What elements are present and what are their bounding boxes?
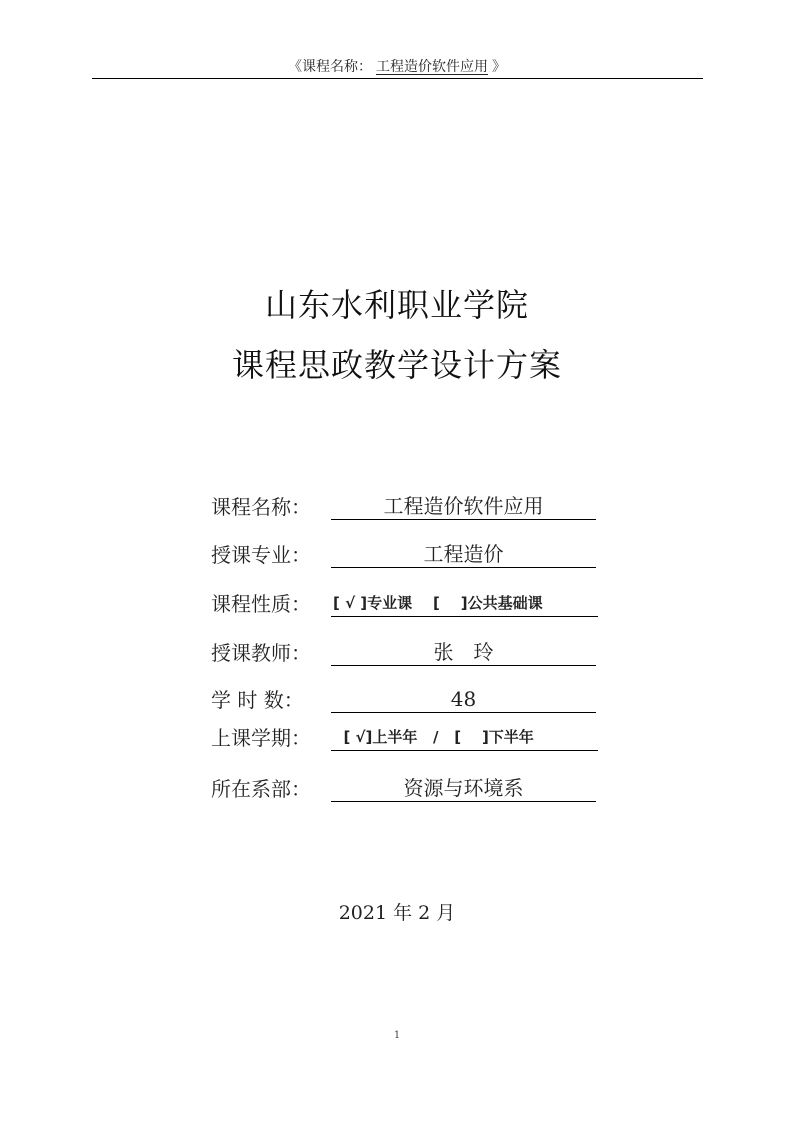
field-label: 授课专业： <box>211 539 331 568</box>
field-semester: 上课学期： [ √]上半年 / [ ]下半年 <box>211 721 331 751</box>
header-prefix: 《课程名称： <box>288 59 372 75</box>
document-title: 课程思政教学设计方案 <box>0 340 794 386</box>
field-teacher: 授课教师： 张 玲 <box>211 636 331 666</box>
field-value: 48 <box>331 686 596 713</box>
field-label: 课程性质： <box>211 588 331 617</box>
document-date: 2021 年 2 月 <box>0 898 794 925</box>
page-number: 1 <box>0 1030 794 1041</box>
field-department: 所在系部： 资源与环境系 <box>211 772 331 802</box>
field-value: [ √ ]专业课 [ ]公共基础课 <box>331 590 598 617</box>
field-major: 授课专业： 工程造价 <box>211 538 331 568</box>
running-header: 《课程名称：工程造价软件应用》 <box>0 56 794 76</box>
institution-title: 山东水利职业学院 <box>0 280 794 326</box>
field-value: 张 玲 <box>331 639 596 666</box>
field-label: 课程名称： <box>211 491 331 520</box>
field-value: 工程造价 <box>331 541 596 568</box>
field-course-name: 课程名称： 工程造价软件应用 <box>211 490 331 520</box>
field-label: 学 时 数： <box>211 684 331 713</box>
header-course-name: 工程造价软件应用 <box>372 59 492 75</box>
field-label: 上课学期： <box>211 722 331 751</box>
field-value: 工程造价软件应用 <box>331 493 596 520</box>
field-value: 资源与环境系 <box>331 775 596 802</box>
header-rule <box>92 78 703 79</box>
field-course-type: 课程性质： [ √ ]专业课 [ ]公共基础课 <box>211 587 331 617</box>
field-label: 所在系部： <box>211 773 331 802</box>
header-suffix: 》 <box>492 59 506 75</box>
field-value: [ √]上半年 / [ ]下半年 <box>331 724 598 751</box>
field-hours: 学 时 数： 48 <box>211 683 331 713</box>
field-label: 授课教师： <box>211 637 331 666</box>
